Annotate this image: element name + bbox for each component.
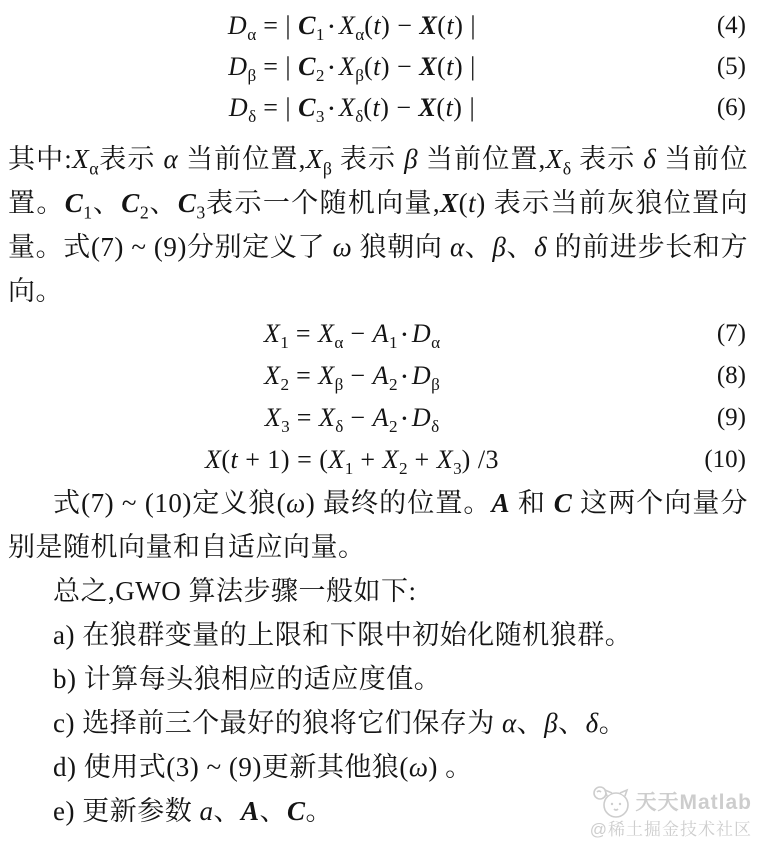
equation-number: (6) xyxy=(684,94,746,122)
equation-formula: X2 = Xβ − A2 • Dβ xyxy=(20,361,684,391)
watermark-title: 天天Matlab xyxy=(635,791,752,814)
equation-row-7: X1 = Xα − A1 • Dα (7) xyxy=(20,313,746,355)
equation-number: (5) xyxy=(684,53,746,81)
step-d: d) 使用式(3) ~ (9)更新其他狼(ω) 。 xyxy=(8,745,748,789)
equation-number: (7) xyxy=(684,320,746,348)
equation-row-5: Dβ = | C2 • Xβ(t) − X(t) | (5) xyxy=(20,46,746,87)
watermark: 天天Matlab @稀土掘金技术社区 xyxy=(590,784,752,840)
paragraph-definitions: 其中:Xα表示 α 当前位置,Xβ 表示 β 当前位置,Xδ 表示 δ 当前位置… xyxy=(8,137,748,313)
equation-formula: Dα = | C1 • Xα(t) − X(t) | xyxy=(20,11,684,41)
step-c: c) 选择前三个最好的狼将它们保存为 α、β、δ。 xyxy=(8,701,748,745)
equation-row-9: X3 = Xδ − A2 • Dδ (9) xyxy=(20,397,746,439)
step-b: b) 计算每头狼相应的适应度值。 xyxy=(8,657,748,701)
equation-number: (10) xyxy=(684,446,746,474)
watermark-title-row: 天天Matlab xyxy=(590,784,752,820)
document-page: Dα = | C1 • Xα(t) − X(t) | (4) Dβ = | C2… xyxy=(0,0,760,844)
equation-row-10: X(t + 1) = (X1 + X2 + X3) /3 (10) xyxy=(20,439,746,481)
equation-row-4: Dα = | C1 • Xα(t) − X(t) | (4) xyxy=(20,5,746,46)
equation-formula: Dδ = | C3 • Xδ(t) − X(t) | xyxy=(20,93,684,123)
equation-row-6: Dδ = | C3 • Xδ(t) − X(t) | (6) xyxy=(20,87,746,128)
equation-number: (8) xyxy=(684,362,746,390)
equation-group-1: Dα = | C1 • Xα(t) − X(t) | (4) Dβ = | C2… xyxy=(0,0,760,128)
equation-number: (9) xyxy=(684,404,746,432)
equation-number: (4) xyxy=(684,12,746,40)
equation-formula: Dβ = | C2 • Xβ(t) − X(t) | xyxy=(20,52,684,82)
equation-formula: X1 = Xα − A1 • Dα xyxy=(20,319,684,349)
equation-row-8: X2 = Xβ − A2 • Dβ (8) xyxy=(20,355,746,397)
equation-formula: X(t + 1) = (X1 + X2 + X3) /3 xyxy=(20,445,684,475)
equation-formula: X3 = Xδ − A2 • Dδ xyxy=(20,403,684,433)
step-a: a) 在狼群变量的上限和下限中初始化随机狼群。 xyxy=(8,613,748,657)
cat-face-icon xyxy=(591,784,631,820)
paragraph-final-position: 式(7) ~ (10)定义狼(ω) 最终的位置。A 和 C 这两个向量分别是随机… xyxy=(8,481,748,569)
watermark-subtitle: @稀土掘金技术社区 xyxy=(590,821,752,840)
equation-group-2: X1 = Xα − A1 • Dα (7) X2 = Xβ − A2 • Dβ … xyxy=(0,313,760,481)
paragraph-summary-intro: 总之,GWO 算法步骤一般如下: xyxy=(8,569,748,613)
